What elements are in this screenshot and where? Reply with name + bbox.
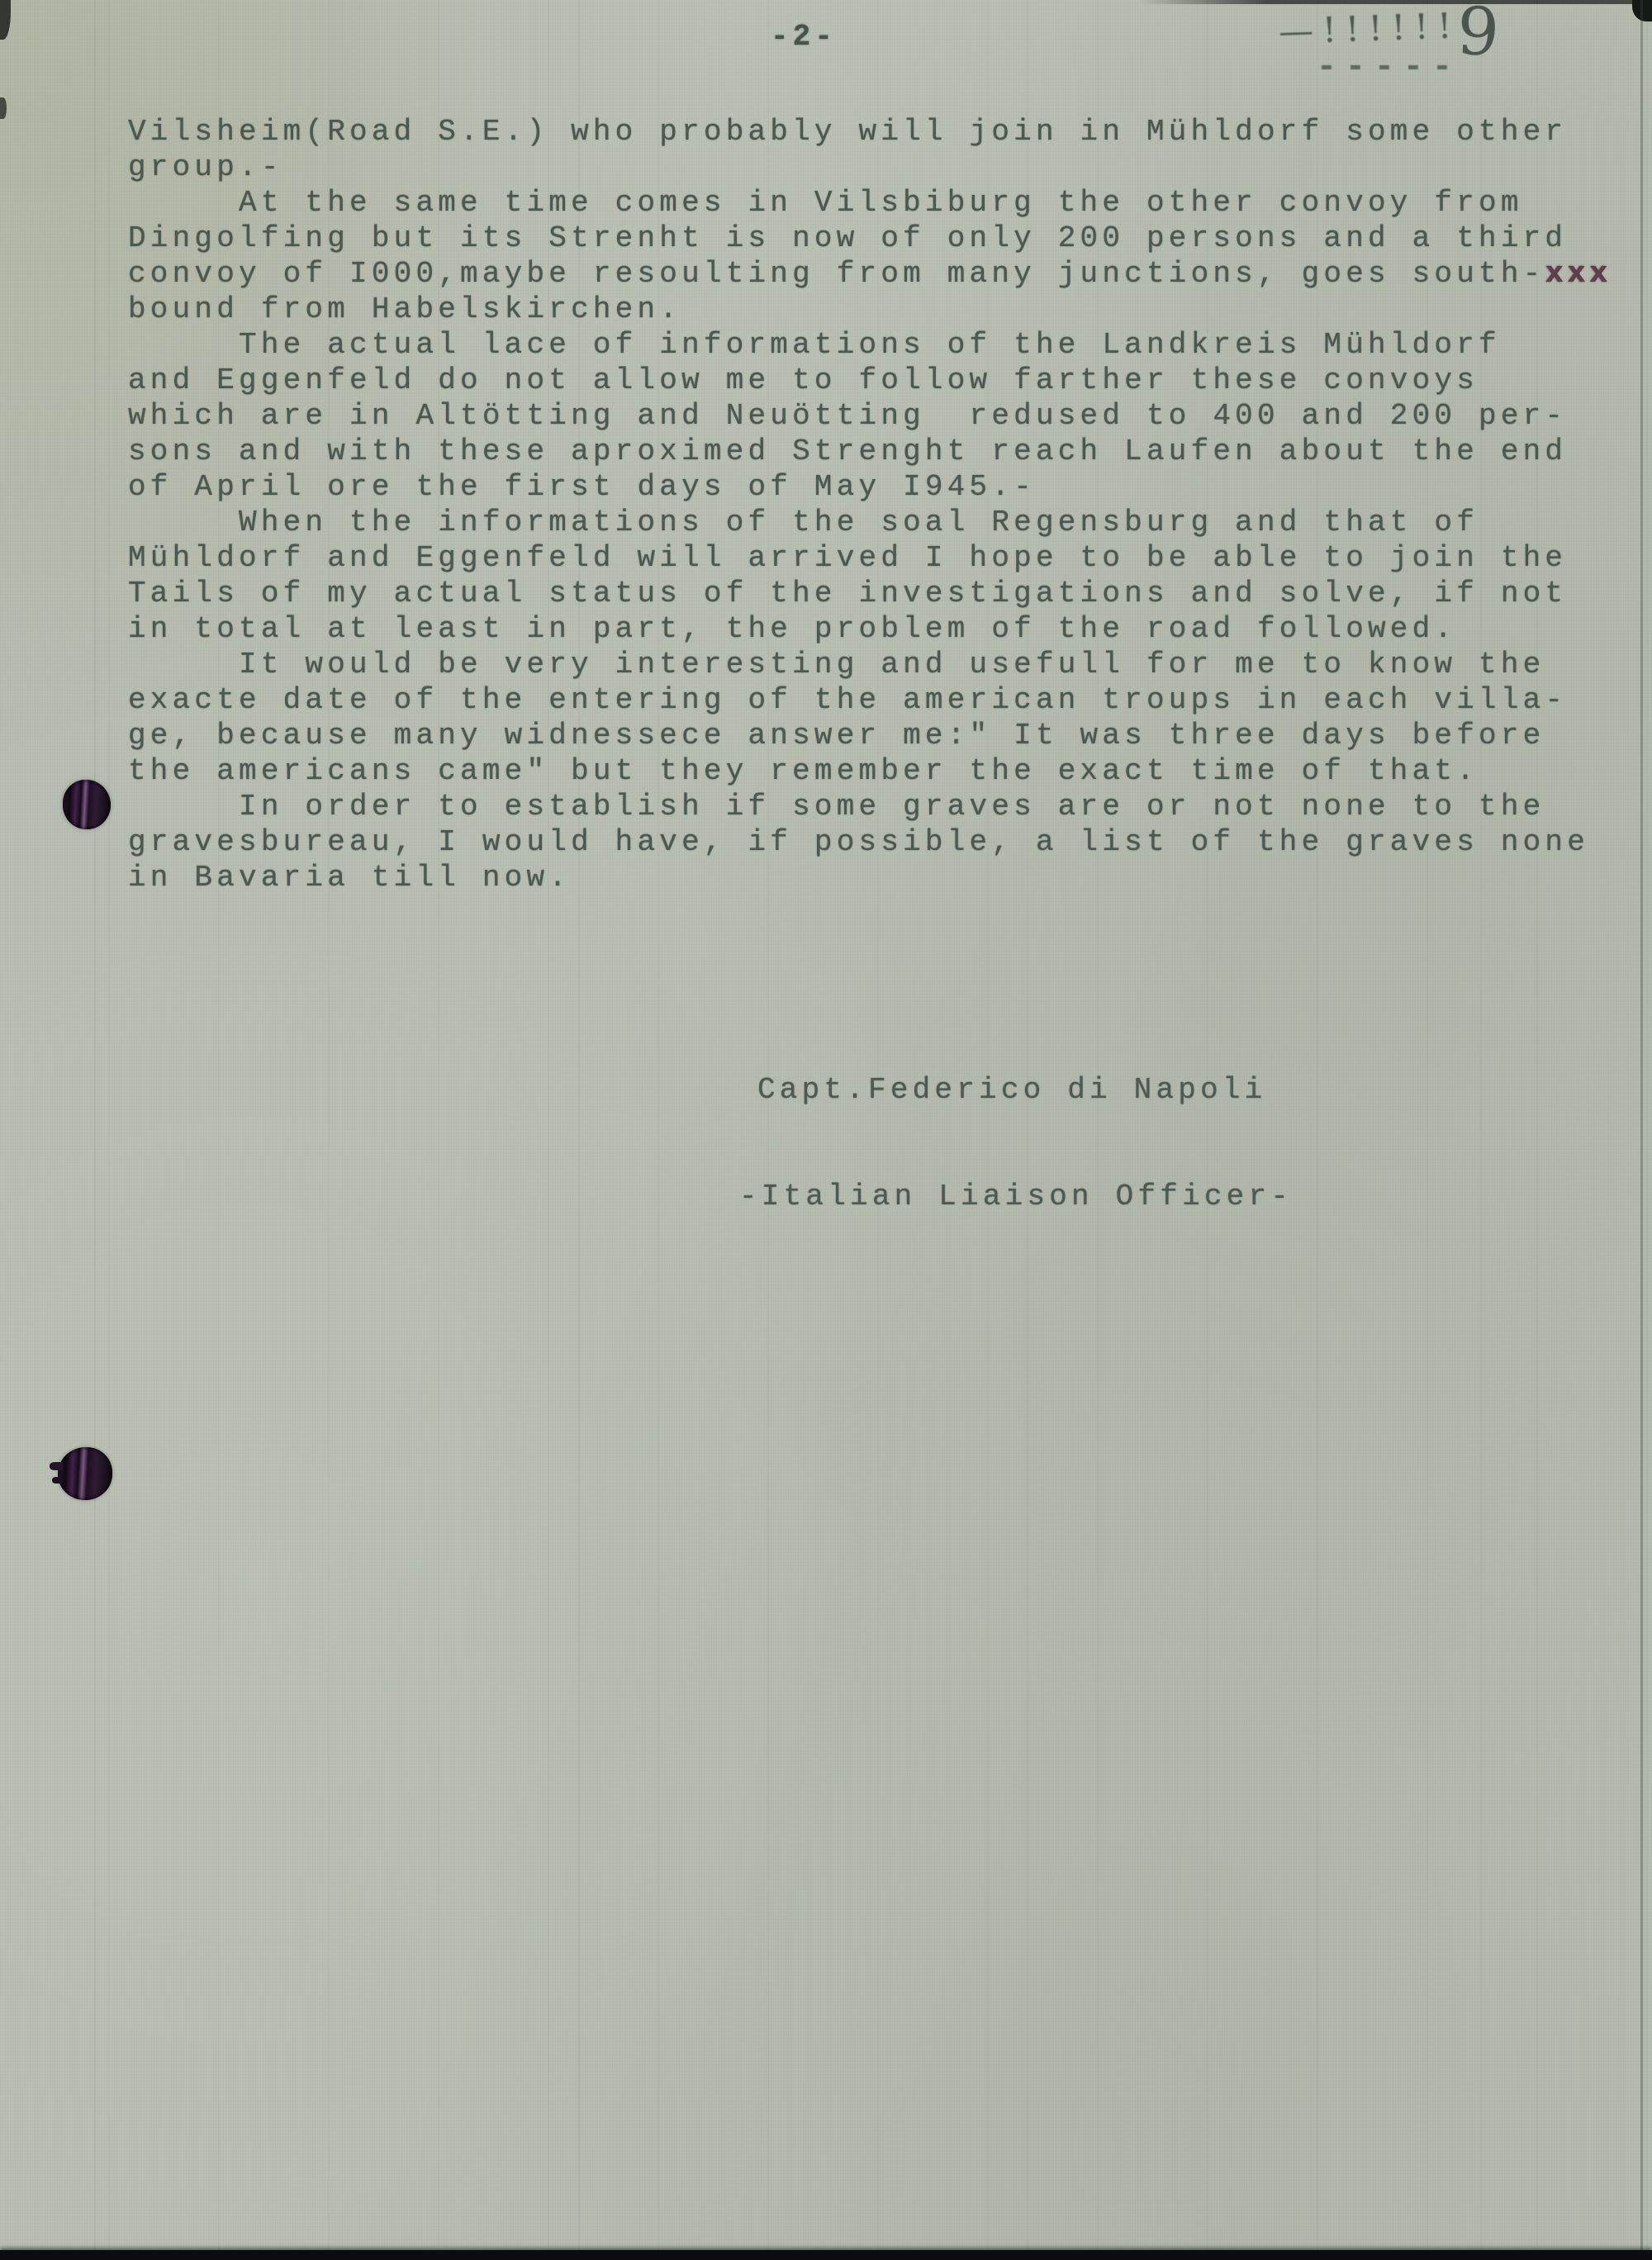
typed-line: bound from Habelskirchen. [128, 292, 1612, 327]
signature-title: -Italian Liaison Officer- [739, 1179, 1293, 1214]
typed-line: convoy of I000,maybe resoulting from man… [128, 256, 1612, 292]
punch-hole-bottom [58, 1447, 112, 1500]
scan-artifact-top-left [0, 0, 11, 40]
pencil-page-numeral: 9 [1455, 0, 1502, 71]
typed-line: When the informations of the soal Regens… [128, 505, 1612, 540]
typed-line: group.- [128, 150, 1612, 185]
paper-grain-line [94, 0, 96, 2260]
page-number: -2- [771, 20, 837, 54]
typed-line: and Eggenfeld do not allow me to follow … [128, 363, 1612, 398]
scanned-document-page: -2- —!!!!!! 9 - - - - - Vilsheim(Road S.… [0, 0, 1652, 2260]
typed-line: Tails of my actual status of the investi… [128, 576, 1612, 611]
scan-artifact-right-edge [1640, 0, 1643, 2260]
typed-body-text: Vilsheim(Road S.E.) who probably will jo… [128, 114, 1612, 895]
typed-line: Dingolfing but its Strenht is now of onl… [128, 221, 1612, 256]
typed-line: ge, because many widnessece answer me:" … [128, 718, 1612, 753]
typed-line: of April ore the first days of May I945.… [128, 469, 1612, 505]
typed-line: The actual lace of informations of the L… [128, 327, 1612, 363]
typed-line: in total at least in part, the problem o… [128, 611, 1612, 647]
pencil-tally-marks: —!!!!!! [1278, 5, 1461, 52]
overstruck-text: xxx [1545, 257, 1611, 291]
scan-artifact-top-edge [1140, 0, 1652, 4]
typed-line: gravesbureau, I would have, if possible,… [128, 824, 1612, 860]
pencil-dashed-underline: - - - - - [1320, 46, 1451, 83]
scan-artifact-left-smudge [0, 97, 7, 119]
signature-name: Capt.Federico di Napoli [739, 1072, 1293, 1108]
typed-line: In order to establish if some graves are… [128, 789, 1612, 824]
typed-line: At the same time comes in Vilsbiburg the… [128, 185, 1612, 221]
typed-line: exacte date of the entering of the ameri… [128, 682, 1612, 718]
signature-block: Capt.Federico di Napoli -Italian Liaison… [739, 1001, 1293, 1285]
typed-line: which are in Altötting and Neuötting red… [128, 398, 1612, 434]
scan-artifact-bottom-bar [0, 2250, 1652, 2260]
typed-line: the americans came" but they remember th… [128, 753, 1612, 789]
punch-hole-top [63, 780, 111, 829]
typed-line: in Bavaria till now. [128, 860, 1612, 895]
typed-line: sons and with these aproximed Strenght r… [128, 434, 1612, 469]
typed-line: Mühldorf and Eggenfeld will arrived I ho… [128, 540, 1612, 576]
typed-line: Vilsheim(Road S.E.) who probably will jo… [128, 114, 1612, 150]
typed-line: It would be very interesting and usefull… [128, 647, 1612, 682]
